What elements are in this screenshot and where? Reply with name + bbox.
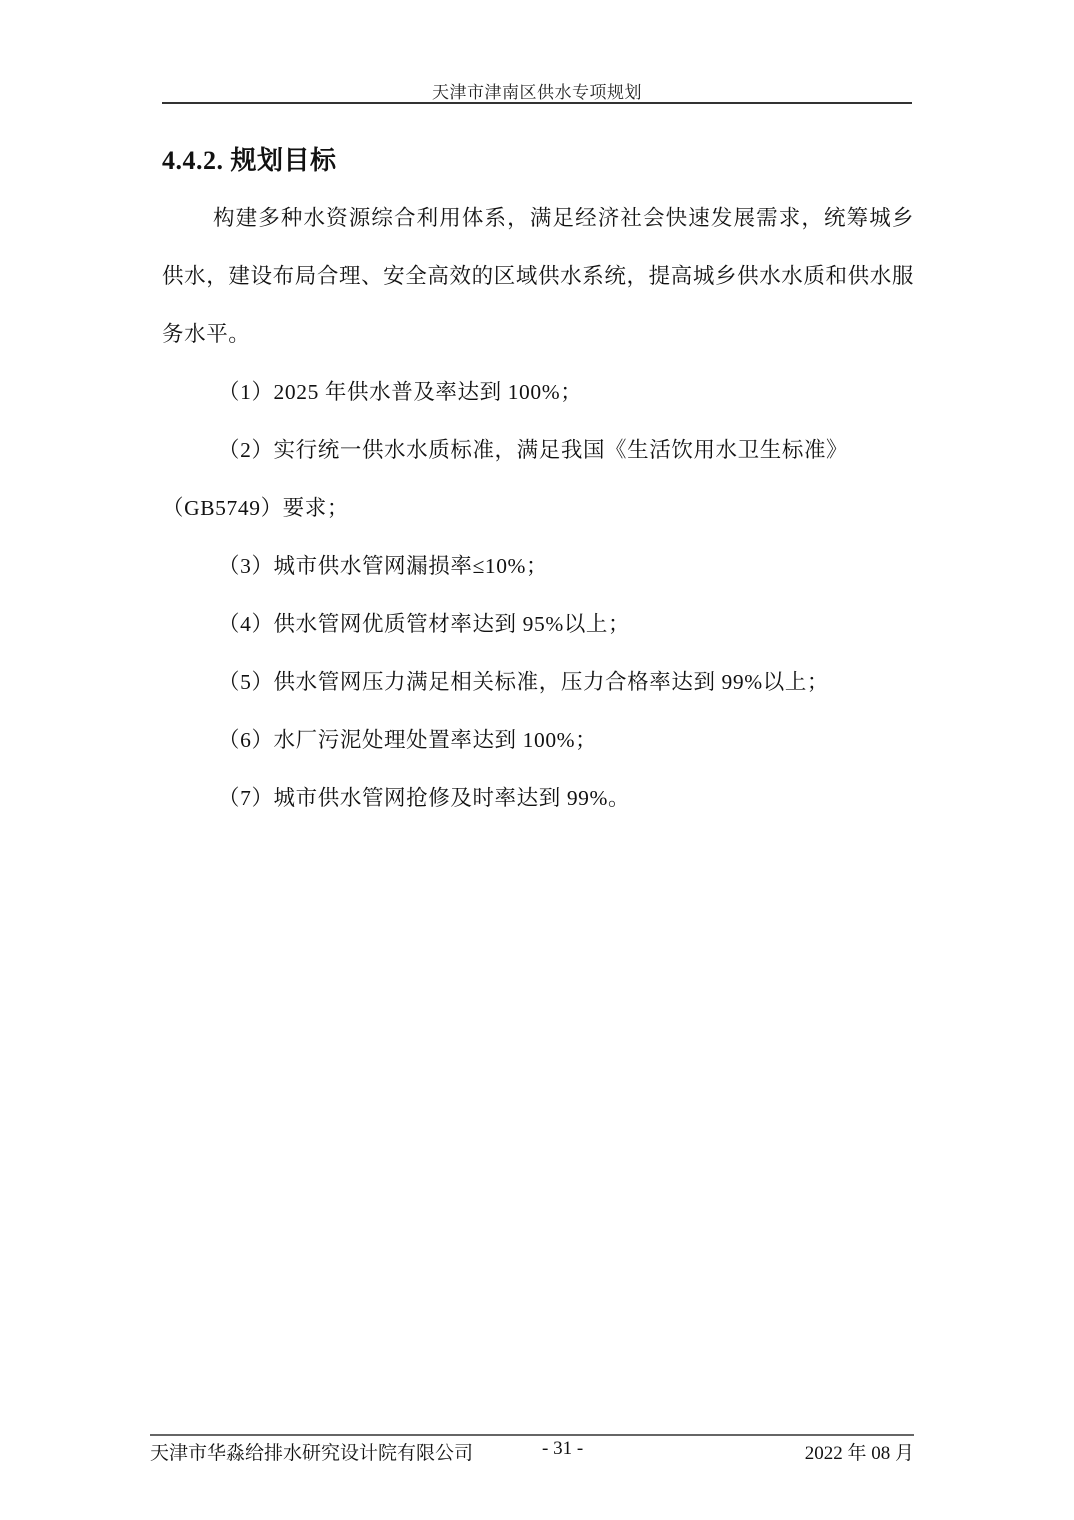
goal-item-2: （2）实行统一供水水质标准，满足我国《生活饮用水卫生标准》（GB5749）要求； <box>162 421 914 537</box>
goal-item-3: （3）城市供水管网漏损率≤10%； <box>162 537 914 595</box>
section-heading: 4.4.2. 规划目标 <box>162 140 337 177</box>
goal-item-1: （1）2025 年供水普及率达到 100%； <box>162 363 914 421</box>
goal-item-6: （6）水厂污泥处理处置率达到 100%； <box>162 711 914 769</box>
page-number: - 31 - <box>542 1438 583 1460</box>
running-header: 天津市津南区供水专项规划 <box>162 78 912 103</box>
goal-text: （4）供水管网优质管材率达到 95%以上； <box>162 595 914 653</box>
goal-item-4: （4）供水管网优质管材率达到 95%以上； <box>162 595 914 653</box>
intro-paragraph: 构建多种水资源综合利用体系，满足经济社会快速发展需求，统筹城乡供水，建设布局合理… <box>162 189 914 363</box>
document-page: 天津市津南区供水专项规划 4.4.2. 规划目标 构建多种水资源综合利用体系，满… <box>0 0 1074 1520</box>
footer-company: 天津市华淼给排水研究设计院有限公司 <box>150 1438 473 1465</box>
goal-text: （6）水厂污泥处理处置率达到 100%； <box>162 711 914 769</box>
footer-divider <box>150 1434 914 1436</box>
goal-text: （5）供水管网压力满足相关标准，压力合格率达到 99%以上； <box>162 653 914 711</box>
goal-item-5: （5）供水管网压力满足相关标准，压力合格率达到 99%以上； <box>162 653 914 711</box>
header-divider <box>162 102 912 104</box>
footer-date: 2022 年 08 月 <box>805 1438 914 1465</box>
goal-item-7: （7）城市供水管网抢修及时率达到 99%。 <box>162 769 914 827</box>
goal-text: （7）城市供水管网抢修及时率达到 99%。 <box>162 769 914 827</box>
goal-text: （3）城市供水管网漏损率≤10%； <box>162 537 914 595</box>
goal-text: （1）2025 年供水普及率达到 100%； <box>162 363 914 421</box>
goal-text: （2）实行统一供水水质标准，满足我国《生活饮用水卫生标准》（GB5749）要求； <box>162 421 914 537</box>
goals-list: （1）2025 年供水普及率达到 100%； （2）实行统一供水水质标准，满足我… <box>162 363 914 827</box>
page-footer: 天津市华淼给排水研究设计院有限公司 - 31 - 2022 年 08 月 <box>150 1438 914 1468</box>
